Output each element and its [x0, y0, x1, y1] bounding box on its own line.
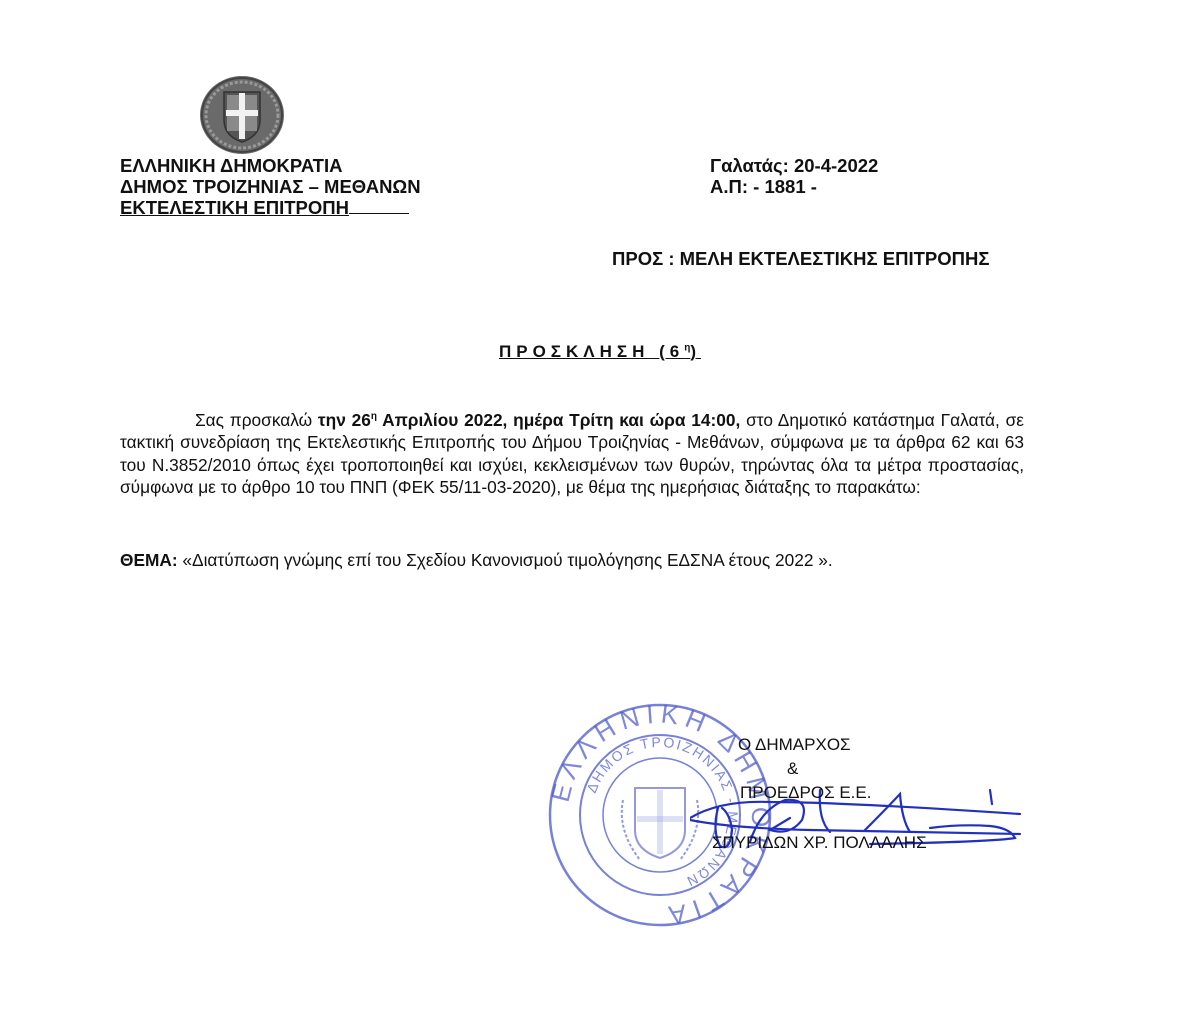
signer-block: Ο ΔΗΜΑΡΧΟΣ & ΠΡΟΕΔΡΟΣ Ε.Ε. ΣΠΥΡΙΔΩΝ ΧΡ. … [712, 733, 1012, 855]
issuer-committee: ΕΚΤΕΛΕΣΤΙΚΗ ΕΠΙΤΡΟΠΗ [120, 197, 421, 218]
issuer-country: ΕΛΛΗΝΙΚΗ ΔΗΜΟΚΡΑΤΙΑ [120, 155, 421, 176]
subject-line: ΘΕΜΑ: «Διατύπωση γνώμης επί του Σχεδίου … [120, 550, 833, 571]
issuer-municipality: ΔΗΜΟΣ ΤΡΟΙΖΗΝΙΑΣ – ΜΕΘΑΝΩΝ [120, 176, 421, 197]
protocol-number: Α.Π: - 1881 - [710, 176, 878, 197]
place-date: Γαλατάς: 20-4-2022 [710, 155, 878, 176]
issuer-block: ΕΛΛΗΝΙΚΗ ΔΗΜΟΚΡΑΤΙΑ ΔΗΜΟΣ ΤΡΟΙΖΗΝΙΑΣ – Μ… [120, 155, 421, 218]
signer-ampersand: & [712, 757, 1012, 781]
greek-coat-of-arms-icon [198, 74, 286, 156]
document-title: ΠΡΟΣΚΛΗΣΗ (6η) [0, 342, 1200, 362]
signer-title: Ο ΔΗΜΑΡΧΟΣ [712, 733, 1012, 757]
date-protocol-block: Γαλατάς: 20-4-2022 Α.Π: - 1881 - [710, 155, 878, 197]
recipient: ΠΡΟΣ : ΜΕΛΗ ΕΚΤΕΛΕΣΤΙΚΗΣ ΕΠΙΤΡΟΠΗΣ [612, 248, 989, 270]
invitation-body: Σας προσκαλώ την 26η Απριλίου 2022, ημέρ… [120, 406, 1024, 499]
subject-label: ΘΕΜΑ: [120, 550, 178, 570]
signer-name: ΣΠΥΡΙΔΩΝ ΧΡ. ΠΟΛΛΑΛΗΣ [712, 831, 1012, 855]
subject-text: «Διατύπωση γνώμης επί του Σχεδίου Κανονι… [178, 550, 833, 570]
meeting-datetime: την 26η Απριλίου 2022, ημέρα Τρίτη και ώ… [318, 410, 740, 430]
signer-role: ΠΡΟΕΔΡΟΣ Ε.Ε. [712, 781, 1012, 805]
